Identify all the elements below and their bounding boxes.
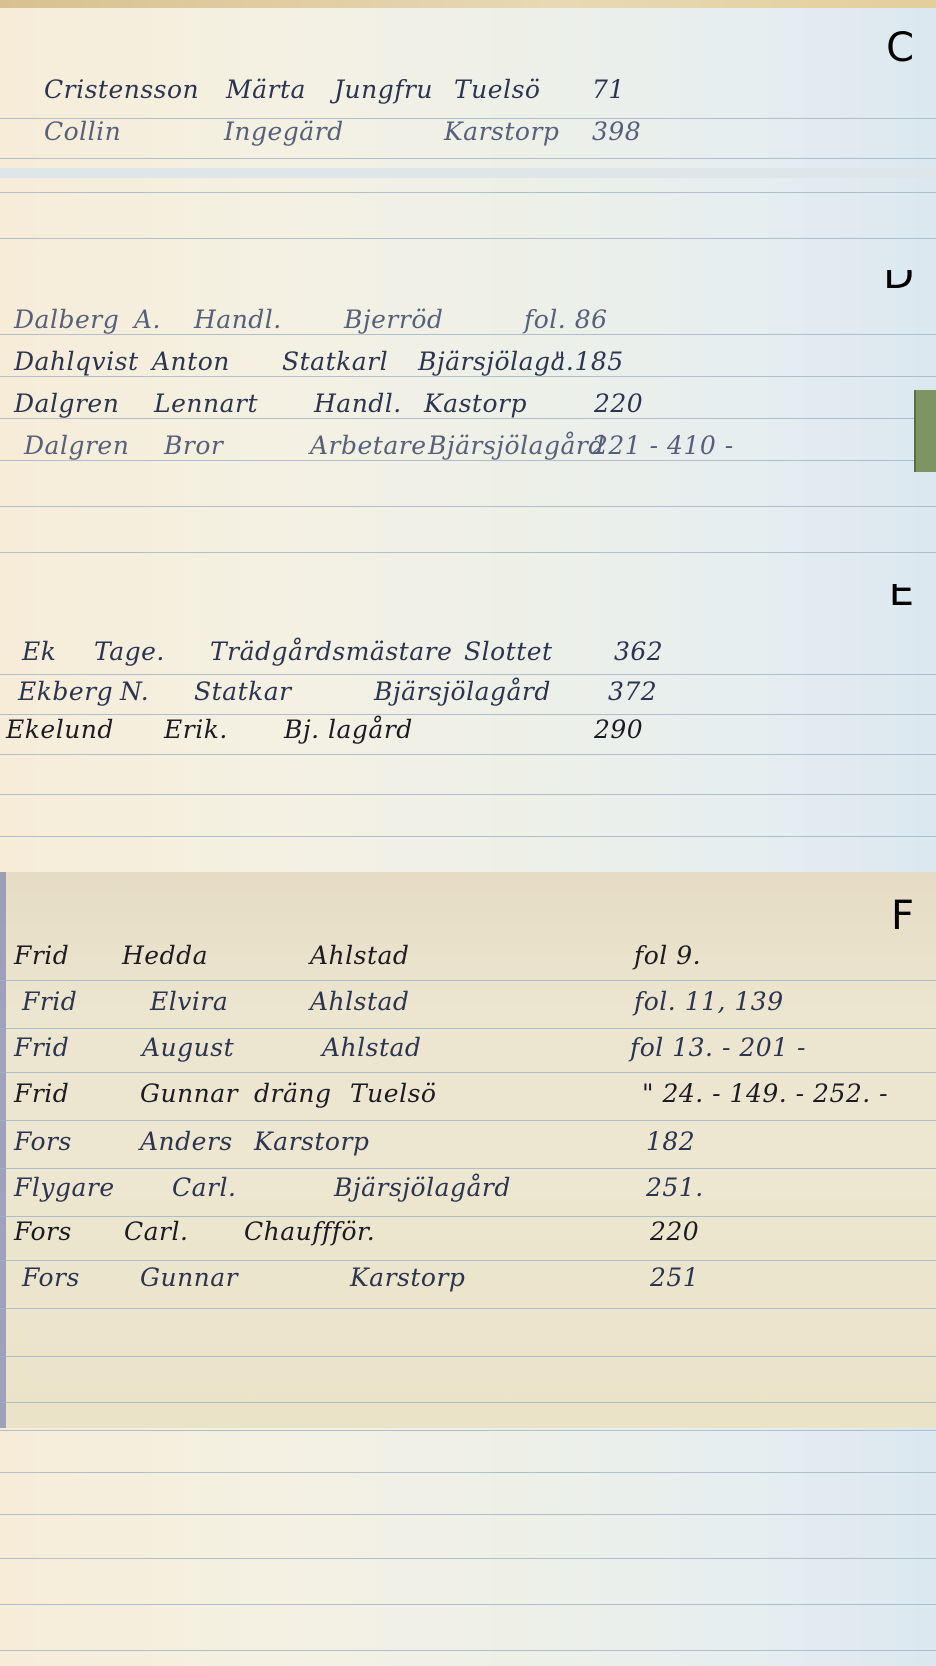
ruled-line: [0, 238, 936, 239]
section-e: E Ek Tage. Trädgårdsmästare Slottet 362 …: [0, 584, 936, 816]
entry-row: Fors Anders Karstorp 182: [14, 1126, 914, 1160]
entry-occupation: Arbetare: [310, 431, 427, 460]
ruled-line: [0, 506, 936, 507]
entry-occupation: dräng: [254, 1079, 331, 1108]
entry-place: Tuelsö: [454, 75, 540, 104]
entry-folio-ref: 251: [650, 1263, 699, 1292]
ruled-line: [0, 1430, 936, 1431]
ruled-line: [0, 1356, 936, 1357]
entry-row: Dalgren Lennart Handl. Kastorp 220: [14, 388, 914, 422]
entry-row: Ekberg N. Statkar Bjärsjölagård 372: [14, 676, 914, 710]
section-letter-f: F: [891, 896, 914, 936]
page-left-edge: [0, 872, 6, 1428]
ruled-line: [0, 1168, 936, 1169]
entry-surname: Frid: [14, 1079, 69, 1108]
ruled-line: [0, 794, 936, 795]
entry-row: Ek Tage. Trädgårdsmästare Slottet 362: [14, 636, 914, 670]
entry-occupation: Jungfru: [334, 75, 433, 104]
entry-given-name: Tage.: [94, 637, 165, 666]
entry-surname: Ekelund: [6, 715, 114, 744]
entry-surname: Ekberg: [18, 677, 113, 706]
blank-ruled-strip: [0, 178, 936, 270]
entry-folio-ref: fol. 11, 139: [634, 987, 784, 1016]
ruled-line: [0, 1558, 936, 1559]
entry-occupation: Handl.: [314, 389, 402, 418]
entry-folio-ref: 182: [646, 1127, 695, 1156]
entry-folio-ref: 221 - 410 -: [592, 431, 734, 460]
entry-surname: Dalgren: [14, 389, 119, 418]
entry-surname: Flygare: [14, 1173, 115, 1202]
entry-row: Frid Elvira Ahlstad fol. 11, 139: [14, 986, 914, 1020]
entry-surname: Fors: [22, 1263, 80, 1292]
entry-given-name: Lennart: [154, 389, 258, 418]
entry-row: Collin Ingegärd Karstorp 398: [44, 116, 936, 150]
entry-surname: Frid: [14, 941, 69, 970]
section-letter-d: D: [883, 270, 914, 295]
entry-given-name: August: [142, 1033, 234, 1062]
entry-row: Frid August Ahlstad fol 13. - 201 -: [14, 1032, 914, 1066]
entry-given-name: Carl.: [124, 1217, 188, 1246]
blank-ruled-strip: [0, 816, 936, 872]
entry-folio-ref: 71: [592, 75, 625, 104]
entry-surname: Fors: [14, 1217, 72, 1246]
entry-row: Fors Carl. Chauffför. 220: [14, 1216, 914, 1250]
ruled-line: [0, 158, 936, 159]
entry-place: Kastorp: [424, 389, 527, 418]
ruled-line: [0, 1604, 936, 1605]
ruled-line: [0, 192, 936, 193]
entry-given-name: Erik.: [164, 715, 228, 744]
entry-surname: Fors: [14, 1127, 72, 1156]
ruled-line: [0, 1402, 936, 1403]
entry-given-name: Gunnar: [140, 1079, 238, 1108]
entry-given-name: Anton: [152, 347, 230, 376]
entry-row: Flygare Carl. Bjärsjölagård 251.: [14, 1172, 914, 1206]
ruled-line: [0, 754, 936, 755]
entry-row: Dahlqvist Anton Statkarl Bjärsjölaga. " …: [14, 346, 914, 380]
entry-row: Ekelund Erik. Bj. lagård 290: [14, 714, 914, 748]
section-d: D Dalberg A. Handl. Bjerröd fol. 86 Dahl…: [0, 270, 936, 482]
section-letter-c: C: [886, 28, 914, 68]
ruled-line: [0, 1472, 936, 1473]
entry-surname: Dalberg: [14, 305, 119, 334]
page-top-edge: [0, 0, 936, 8]
entry-given-name: Ingegärd: [224, 117, 344, 146]
entry-place: Karstorp: [254, 1127, 369, 1156]
entry-given-name: Bror: [164, 431, 223, 460]
entry-row: Dalberg A. Handl. Bjerröd fol. 86: [14, 304, 914, 338]
entry-place: Bjärsjölagård: [428, 431, 605, 460]
entry-given-name: Hedda: [122, 941, 208, 970]
entry-row: Frid Gunnar dräng Tuelsö " 24. - 149. - …: [14, 1078, 914, 1112]
blank-ruled-strip: [0, 1512, 936, 1666]
ruled-line: [0, 1072, 936, 1073]
section-letter-e: E: [889, 584, 914, 612]
ruled-line: [0, 674, 936, 675]
entry-surname: Frid: [14, 1033, 69, 1062]
entry-place: Ahlstad: [310, 987, 409, 1016]
entry-folio-ref: 372: [608, 677, 657, 706]
ruled-line: [0, 1514, 936, 1515]
entry-place: Bjärsjölagård: [334, 1173, 511, 1202]
entry-folio-ref: 251.: [646, 1173, 704, 1202]
entry-occupation: Trädgårdsmästare: [210, 637, 452, 666]
entry-surname: Cristensson: [44, 75, 199, 104]
blank-ruled-strip: [0, 1428, 936, 1512]
entry-place: Ahlstad: [310, 941, 409, 970]
entry-occupation: Statkarl: [282, 347, 388, 376]
ruled-line: [0, 1028, 936, 1029]
entry-folio-ref: " 24. - 149. - 252. -: [642, 1079, 888, 1108]
entry-place: Karstorp: [350, 1263, 465, 1292]
entry-surname: Dalgren: [24, 431, 129, 460]
entry-surname: Dahlqvist: [14, 347, 139, 376]
entry-folio-ref: 220: [650, 1217, 699, 1246]
ruled-line: [0, 1260, 936, 1261]
entry-given-name: Märta: [226, 75, 306, 104]
entry-row: Fors Gunnar Karstorp 251: [14, 1262, 914, 1296]
blank-ruled-strip: [0, 482, 936, 584]
ruled-line: [0, 1650, 936, 1651]
entry-folio-ref: 398: [592, 117, 641, 146]
entry-occupation: Bj. lagård: [284, 715, 413, 744]
index-tab-marker: [914, 390, 936, 472]
entry-given-name: Elvira: [150, 987, 228, 1016]
entry-occupation: Handl.: [194, 305, 282, 334]
entry-folio-ref: 362: [614, 637, 663, 666]
entry-place: Karstorp: [444, 117, 559, 146]
entry-occupation: Statkar: [194, 677, 292, 706]
entry-row: Dalgren Bror Arbetare Bjärsjölagård 221 …: [14, 430, 914, 464]
entry-given-name: A.: [134, 305, 161, 334]
ruled-line: [0, 980, 936, 981]
entry-surname: Ek: [22, 637, 56, 666]
entry-place: Bjärsjölagård: [374, 677, 551, 706]
entry-folio-ref: 290: [594, 715, 643, 744]
entry-given-name: Carl.: [172, 1173, 236, 1202]
ruled-line: [0, 1308, 936, 1309]
entry-surname: Frid: [22, 987, 77, 1016]
entry-place: Bjärsjölaga.: [418, 347, 574, 376]
entry-place: Tuelsö: [350, 1079, 436, 1108]
entry-place: Ahlstad: [322, 1033, 421, 1062]
entry-row: Cristensson Märta Jungfru Tuelsö 71: [44, 74, 936, 108]
entry-given-name: Anders: [140, 1127, 233, 1156]
entry-folio-ref: fol 9.: [634, 941, 701, 970]
entry-given-name: N.: [120, 677, 149, 706]
entry-occupation: Chauffför.: [244, 1217, 375, 1246]
entry-surname: Collin: [44, 117, 121, 146]
entry-row: Frid Hedda Ahlstad fol 9.: [14, 940, 914, 974]
ruled-line: [0, 552, 936, 553]
entry-place: Slottet: [464, 637, 553, 666]
ruled-line: [0, 836, 936, 837]
entry-folio-ref: fol. 86: [524, 305, 608, 334]
entry-place: Bjerröd: [344, 305, 443, 334]
entry-folio-ref: fol 13. - 201 -: [630, 1033, 806, 1062]
entry-folio-ref: " 185: [554, 347, 624, 376]
section-f: F Frid Hedda Ahlstad fol 9. Frid Elvira …: [0, 872, 936, 1428]
entry-folio-ref: 220: [594, 389, 643, 418]
ruled-line: [0, 1120, 936, 1121]
section-c: C Cristensson Märta Jungfru Tuelsö 71 Co…: [0, 8, 936, 168]
entry-given-name: Gunnar: [140, 1263, 238, 1292]
